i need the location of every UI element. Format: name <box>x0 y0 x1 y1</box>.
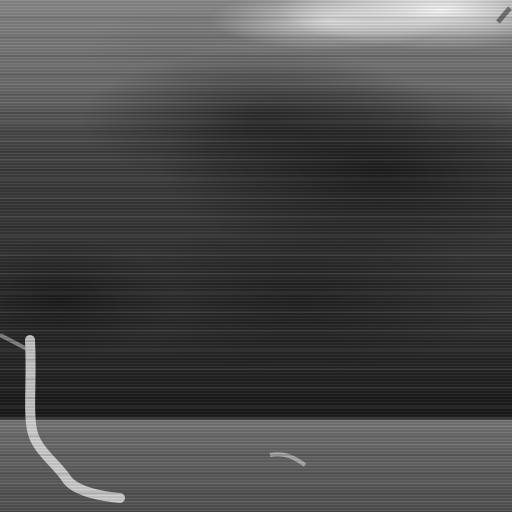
photo-scene <box>0 0 512 512</box>
scanline-artifacts <box>0 0 512 512</box>
